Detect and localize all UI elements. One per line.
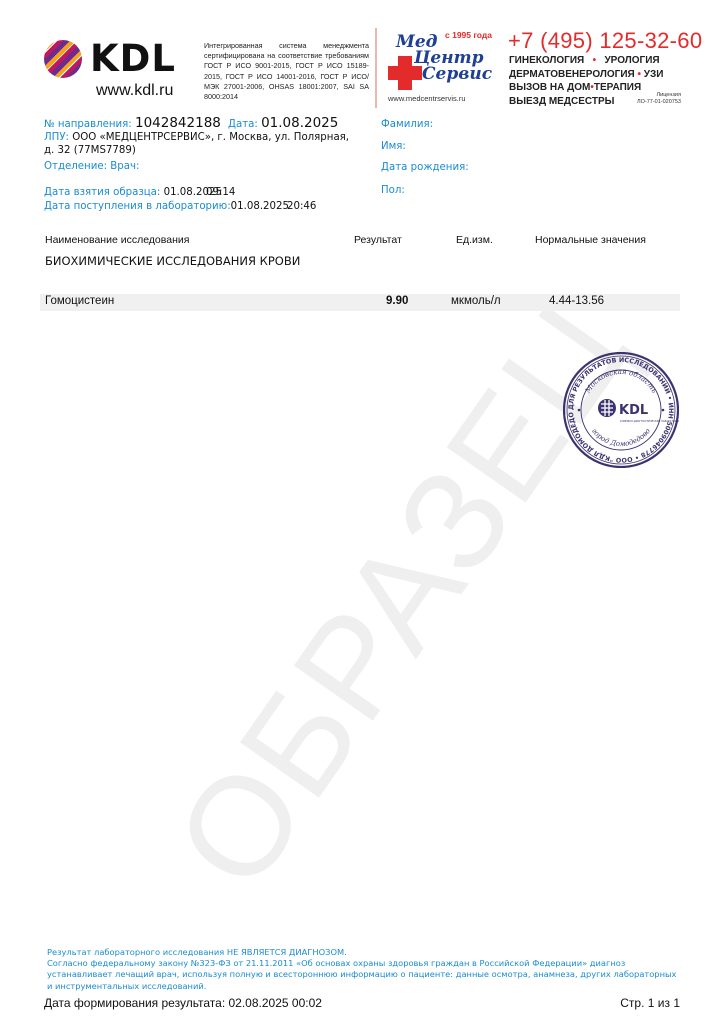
service-item: ДЕРМАТОВЕНЕРОЛОГИЯ: [509, 69, 635, 80]
test-result: 9.90: [386, 295, 408, 307]
page-number: Стр. 1 из 1: [620, 996, 680, 1010]
service-item: ВЫЗОВ НА ДОМ: [509, 82, 590, 93]
service-item: ВЫЕЗД МЕДСЕСТРЫ: [509, 96, 614, 107]
patient-name-label: Имя:: [381, 140, 406, 153]
department-label: Отделение:: [44, 161, 107, 172]
service-item: УЗИ: [644, 69, 664, 80]
generation-date-label: Дата формирования результата:: [44, 996, 225, 1010]
svg-text:город Домодедово: город Домодедово: [590, 427, 652, 448]
lab-date-value: 01.08.2025: [231, 201, 289, 212]
disclaimer-line-1: Результат лабораторного исследования НЕ …: [47, 947, 677, 958]
sample-time-value: 09:14: [206, 186, 235, 199]
referral-number: 1042842188: [135, 115, 221, 131]
service-item: УРОЛОГИЯ: [604, 55, 659, 66]
medical-cross-icon-bar: [388, 66, 422, 80]
license-label: Лицензия: [637, 92, 681, 99]
test-reference: 4.44-13.56: [549, 295, 604, 307]
stamp-seal-icon: ДЛЯ РЕЗУЛЬТАТОВ ИССЛЕДОВАНИЙ • ИНН 50090…: [563, 352, 679, 468]
disclaimer-line-2: Согласно федеральному закону №323-ФЗ от …: [47, 958, 677, 992]
patient-birth-label: Дата рождения:: [381, 161, 469, 174]
partner-name-3: Сервис: [422, 66, 492, 82]
kdl-logo-text: KDL: [90, 38, 176, 80]
order-date-label: Дата:: [228, 119, 258, 130]
service-item: ГИНЕКОЛОГИЯ: [509, 55, 584, 66]
sample-date-label: Дата взятия образца:: [44, 187, 160, 198]
test-unit: мкмоль/л: [451, 295, 501, 307]
lpu-line: ЛПУ: ООО «МЕДЦЕНТРСЕРВИС», г. Москва, ул…: [44, 131, 349, 144]
lpu-value-cont: д. 32 (77MS7789): [44, 144, 136, 157]
license-info: Лицензия ЛО-77-01-020753: [637, 92, 681, 106]
column-header-reference: Нормальные значения: [535, 234, 646, 246]
department-line: Отделение: Врач:: [44, 160, 139, 173]
lab-date-line: Дата поступления в лабораторию:01.08.202…: [44, 200, 289, 213]
lab-stamp: ДЛЯ РЕЗУЛЬТАТОВ ИССЛЕДОВАНИЙ • ИНН 50090…: [563, 352, 679, 468]
kdl-logo: KDL www.kdl.ru: [44, 38, 184, 100]
lpu-label: ЛПУ:: [44, 132, 69, 143]
patient-surname-label: Фамилия:: [381, 118, 433, 131]
test-name: Гомоцистеин: [45, 295, 114, 307]
bullet-icon: •: [593, 55, 597, 66]
sample-date-line: Дата взятия образца: 01.08.2025: [44, 186, 222, 199]
license-number: ЛО-77-01-020753: [637, 99, 681, 106]
partner-url: www.medcentrservis.ru: [388, 94, 466, 103]
order-date-value: 01.08.2025: [261, 115, 338, 131]
medcentrservis-logo: с 1995 года Мед Центр Сервис www.medcent…: [384, 28, 494, 108]
generation-date-value: 02.08.2025 00:02: [229, 996, 322, 1010]
header-divider: [375, 28, 377, 108]
service-item: ТЕРАПИЯ: [594, 82, 641, 93]
section-title: БИОХИМИЧЕСКИЕ ИССЛЕДОВАНИЯ КРОВИ: [45, 254, 300, 268]
bullet-icon: •: [638, 69, 642, 80]
column-header-unit: Ед.изм.: [456, 234, 493, 246]
svg-text:КЛИНИКО-ДИАГНОСТИЧЕСКИЕ ЛАБОРА: КЛИНИКО-ДИАГНОСТИЧЕСКИЕ ЛАБОРАТОРИИ: [620, 419, 679, 423]
partner-since: с 1995 года: [445, 30, 492, 40]
referral-label: № направления:: [44, 119, 132, 130]
column-header-result: Результат: [354, 234, 402, 246]
generation-date: Дата формирования результата: 02.08.2025…: [44, 996, 322, 1010]
diagnosis-disclaimer: Результат лабораторного исследования НЕ …: [47, 947, 677, 992]
doctor-label: Врач:: [110, 161, 139, 172]
kdl-globe-icon: [44, 40, 82, 78]
svg-text:KDL: KDL: [619, 403, 648, 418]
kdl-url: www.kdl.ru: [96, 82, 173, 100]
watermark-sample: ОБРАЗЕЦ: [143, 365, 597, 917]
contact-phone: +7 (495) 125-32-60: [508, 28, 702, 54]
lab-date-label: Дата поступления в лабораторию:: [44, 201, 231, 212]
lab-time-value: 20:46: [287, 200, 316, 213]
referral-line: № направления: 1042842188: [44, 117, 221, 131]
patient-sex-label: Пол:: [381, 184, 405, 197]
lpu-value: ООО «МЕДЦЕНТРСЕРВИС», г. Москва, ул. Пол…: [72, 132, 349, 143]
certification-text: Интегрированная система менеджмента серт…: [204, 41, 369, 102]
column-header-test: Наименование исследования: [45, 234, 189, 246]
order-date-line: Дата: 01.08.2025: [228, 117, 338, 131]
